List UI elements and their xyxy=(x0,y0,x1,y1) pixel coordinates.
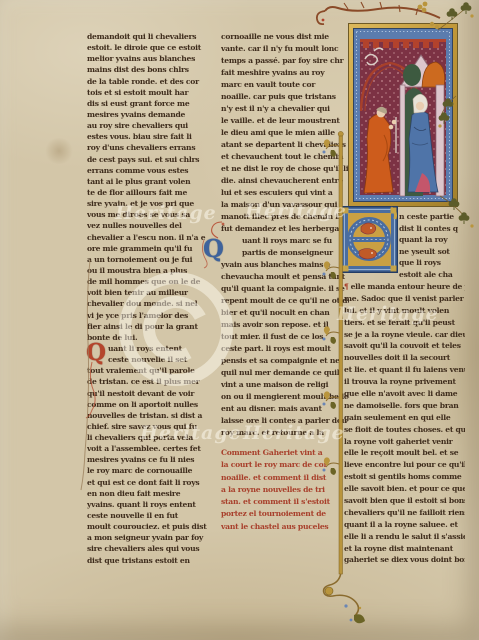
text-line: sire yvain. et je vos pri que xyxy=(87,198,218,209)
text-line: noaille. et comment il dist xyxy=(221,472,349,484)
text-line: fait meshire yvains au roy xyxy=(221,67,349,79)
text-line: estoit si gentils homs comme xyxy=(344,471,465,483)
text-line: sire chevaliers ales qui vous xyxy=(87,543,218,554)
text-line: vante. car il n'y fu moult lonc xyxy=(221,43,349,55)
text-line: mesires yvains ce fu li nies xyxy=(87,454,218,465)
creature-ornament xyxy=(361,223,376,234)
text-line: que li roys xyxy=(399,257,463,269)
text-line: demandoit qui li chevaliers xyxy=(87,31,218,42)
text-line: a mon seigneur yvain par foy xyxy=(87,532,218,543)
text-line: errans comme vous estes xyxy=(87,165,218,176)
crenellated-wall xyxy=(360,35,446,48)
text-column-2: cornoaille ne vous dist mievante. car il… xyxy=(221,31,349,439)
text-line: te de flor aillours fait me xyxy=(87,187,218,198)
text-line: laisse ore li contes a parler dou xyxy=(221,415,349,427)
text-line: cornoaille ne vous dist mie xyxy=(221,31,349,43)
text-line: stan. et comment il s'estoit xyxy=(221,496,349,508)
text-line: vint a une maison de religi xyxy=(221,379,349,391)
text-line: on ou il mengierent moult belle xyxy=(221,391,349,403)
text-line: noaille. car puis que tristans xyxy=(221,91,349,103)
text-line: roy d'uns chevaliers errans xyxy=(87,142,218,153)
border-tail-flourish xyxy=(324,574,365,623)
text-line: Comment Gaheriet vint a xyxy=(221,447,349,459)
text-line: vi je yce pris l'amelor des xyxy=(87,310,218,321)
text-line: mesires yvains demande xyxy=(87,109,218,120)
text-line: bier et qu'il nocult en chan xyxy=(221,307,349,319)
text-line: elle savoit bien. et pour ce quelle xyxy=(344,483,465,495)
text-line: ceste nouvelle il set xyxy=(87,354,218,365)
text-line: tiers. et se ferait qu'il peust xyxy=(344,317,465,329)
text-line: bonte de lui. xyxy=(87,332,218,343)
text-line: elle le reçoit moult bel. et se xyxy=(344,447,465,459)
text-line: tout vraiement qu'il parole xyxy=(87,365,218,376)
text-line: vant le chastel aus puceles xyxy=(221,521,349,533)
text-line: de tristan. ce est il plus mer xyxy=(87,376,218,387)
text-line: se je a la royne vieule. car dieu xyxy=(344,329,465,341)
text-line: lui et ses escuiers qui vint a xyxy=(221,187,349,199)
text-line: qu'il quant la compaignie. il se xyxy=(221,283,349,295)
text-line: a un tornoiement ou je fui xyxy=(87,254,218,265)
king-figure xyxy=(364,107,396,193)
text-line: mais avoir son repose. et il xyxy=(221,319,349,331)
text-line: n'y est il n'y a chevalier qui xyxy=(221,103,349,115)
text-line: temps a passé. par foy sire chr xyxy=(221,55,349,67)
cloud-ornaments xyxy=(365,48,383,64)
text-line: quil nul mer demande ce quil xyxy=(221,367,349,379)
text-line: la court le roy marc de cor xyxy=(221,459,349,471)
text-line: dist que tristans estoit en xyxy=(87,555,218,566)
text-line: ne yseult sot xyxy=(399,246,463,258)
text-line: gaheriet se diex vous doint bone xyxy=(344,554,465,566)
text-line: voit bien tenir au milleur xyxy=(87,287,218,298)
text-line: tant ai le plus grant volen xyxy=(87,176,218,187)
text-line: chevaucha moult et pensa tant xyxy=(221,271,349,283)
text-line: uant li roys entent xyxy=(87,343,218,354)
text-line: n ceste partie xyxy=(399,211,463,223)
text-line: il trouva la royne privement xyxy=(344,376,465,388)
text-line: manoit illec pres de chemin il xyxy=(221,211,349,223)
text-line: pensis et sa compaignie et ne xyxy=(221,355,349,367)
text-line: elle li a rendu le salut il s'assient xyxy=(344,531,465,543)
text-line: lui. et il y vint moult volen xyxy=(344,305,465,317)
text-line: et la royne dist maintenant xyxy=(344,543,465,555)
text-line: de mil hommes que on le de xyxy=(87,276,218,287)
text-line: a la royne nouvelles de tri xyxy=(221,484,349,496)
text-line: chevalier a l'escu non. il n'a e xyxy=(87,232,218,243)
text-line: et chevauchent tout le chemin xyxy=(221,151,349,163)
text-line: de la table ronde. et des cor xyxy=(87,76,218,87)
text-line: tout mier. il fust de ce los xyxy=(221,331,349,343)
text-line: melior yvains aus blanches xyxy=(87,53,218,64)
text-line: estoit. le diroie que ce estoit xyxy=(87,42,218,53)
text-line: le vaille. et de leur moustrent xyxy=(221,115,349,127)
text-line: qu'il nestoit devant de voir xyxy=(87,388,218,399)
text-line: uant li roys marc se fu xyxy=(221,235,349,247)
text-line: savoit qu'il la couvoit et teles xyxy=(344,340,465,352)
text-line: partis de monseigneur xyxy=(221,247,349,259)
text-line: fut demandez et les herberga xyxy=(221,223,349,235)
text-line: la royne voit gaheriet venir xyxy=(344,436,465,448)
gothic-arch xyxy=(361,63,419,111)
text-line: au roy sire chevaliers qui xyxy=(87,120,218,131)
text-line: mains dist des bons chlrs xyxy=(87,64,218,75)
text-line: lieve encontre lui pour ce qu'il xyxy=(344,459,465,471)
text-column-1: demandoit qui li chevaliersestoit. le di… xyxy=(87,31,218,566)
manuscript-photo: { "artifact": { "kind": "illuminated man… xyxy=(0,0,479,640)
text-line: vous me diroes se vous sa xyxy=(87,209,218,220)
text-column-3: elle manda entour heure de prime. Sadoc … xyxy=(344,281,465,566)
text-line: me. Sadoc que il venist parler xyxy=(344,293,465,305)
text-line: ceste part. li roys est moult xyxy=(221,343,349,355)
text-line: comme on li aportoit nulles xyxy=(87,399,218,410)
thorny-branch-ornament xyxy=(312,0,442,34)
text-line: chevalier dou monde. si nel xyxy=(87,298,218,309)
miniature-background xyxy=(360,35,446,195)
orange-canopy xyxy=(422,62,445,87)
creature-ornament xyxy=(359,249,377,260)
text-line: et lie. et quant il fu laiens venu xyxy=(344,364,465,376)
castle-doorway xyxy=(400,55,445,196)
text-line: se fioit de toutes choses. et quant xyxy=(344,424,465,436)
red-initial-Q: Q xyxy=(86,341,106,364)
text-column-3-beside-initial: n ceste partiedist li contes qquant la r… xyxy=(399,211,463,281)
text-line: ne damoiselle. fors que bran xyxy=(344,400,465,412)
text-line: dist li contes q xyxy=(399,223,463,235)
text-line: atant se departent li chevaliers xyxy=(221,139,349,151)
text-line: et ne dist le roy de chose qu'il li xyxy=(221,163,349,175)
rubric-red-heading: Comment Gaheriet vint ala court le roy m… xyxy=(221,447,349,533)
text-line: voit a l'assemblee. certes fet xyxy=(87,443,218,454)
text-line: quant il a la royne saluee. et xyxy=(344,519,465,531)
text-line: savoit bien que il estoit si bons xyxy=(344,495,465,507)
illuminated-initial-E-panel xyxy=(341,206,398,273)
text-line: ore mie grammein qu'il fu xyxy=(87,243,218,254)
text-line: ceste nouvelle il en fut xyxy=(87,510,218,521)
text-line: die. ainsi chevaucherent entre xyxy=(221,175,349,187)
text-line: que elle n'avoit avec li dame xyxy=(344,388,465,400)
text-line: estes vous. biau sire fait li xyxy=(87,131,218,142)
text-line: le dieu ami que le mien aille xyxy=(221,127,349,139)
text-line: en non dieu fait mesire xyxy=(87,488,218,499)
text-line: gain seulement en qui elle xyxy=(344,412,465,424)
text-line: nouvelles doit il la secourt xyxy=(344,352,465,364)
text-line: nouvelles de tristan. si dist a xyxy=(87,410,218,421)
text-line: vez nulles nouvelles del xyxy=(87,220,218,231)
text-line: fier ainsi le di pour la grant xyxy=(87,321,218,332)
text-line: estoit ale cha xyxy=(399,269,463,281)
text-line: chevaliers qu'il ne failloit riens xyxy=(344,507,465,519)
text-line: tois et si estoit moult har xyxy=(87,87,218,98)
text-line: portez el tournoiement de xyxy=(221,508,349,520)
parchment-stain xyxy=(44,138,74,164)
text-line: quant la roy xyxy=(399,234,463,246)
blue-initial-Q: Q xyxy=(203,237,224,261)
text-line: yvains. quant li roys entent xyxy=(87,499,218,510)
text-line: li chevaliers qui porta vela xyxy=(87,432,218,443)
text-line: yvain aus blanches mains e xyxy=(221,259,349,271)
text-line: la maison d'un vavassour qui xyxy=(221,199,349,211)
text-line: de cest pays sui. et sui chlrs xyxy=(87,154,218,165)
text-line: marc en vault toute cor xyxy=(221,79,349,91)
text-line: le roy marc de cornouaille xyxy=(87,465,218,476)
text-line: dis si eust grant force me xyxy=(87,98,218,109)
miniature-king-and-queen-scene xyxy=(348,23,458,207)
text-line: elle manda entour heure de pri xyxy=(344,281,465,293)
text-line: moult courouciez. et puis dist xyxy=(87,521,218,532)
queen-figure xyxy=(408,94,438,192)
text-line: roy marc. et retourne a la xyxy=(221,427,349,439)
text-line: repent moult de ce qu'il ne ot du xyxy=(221,295,349,307)
text-line: chief. sire savez vous qui fu xyxy=(87,421,218,432)
miniature-frame xyxy=(348,23,458,207)
text-line: ou il moustra bien a plus xyxy=(87,265,218,276)
text-line: ent au disner. mais avant xyxy=(221,403,349,415)
text-line: et qui est ce dont fait li roys xyxy=(87,477,218,488)
ivy-leaf-ornaments xyxy=(436,0,479,240)
